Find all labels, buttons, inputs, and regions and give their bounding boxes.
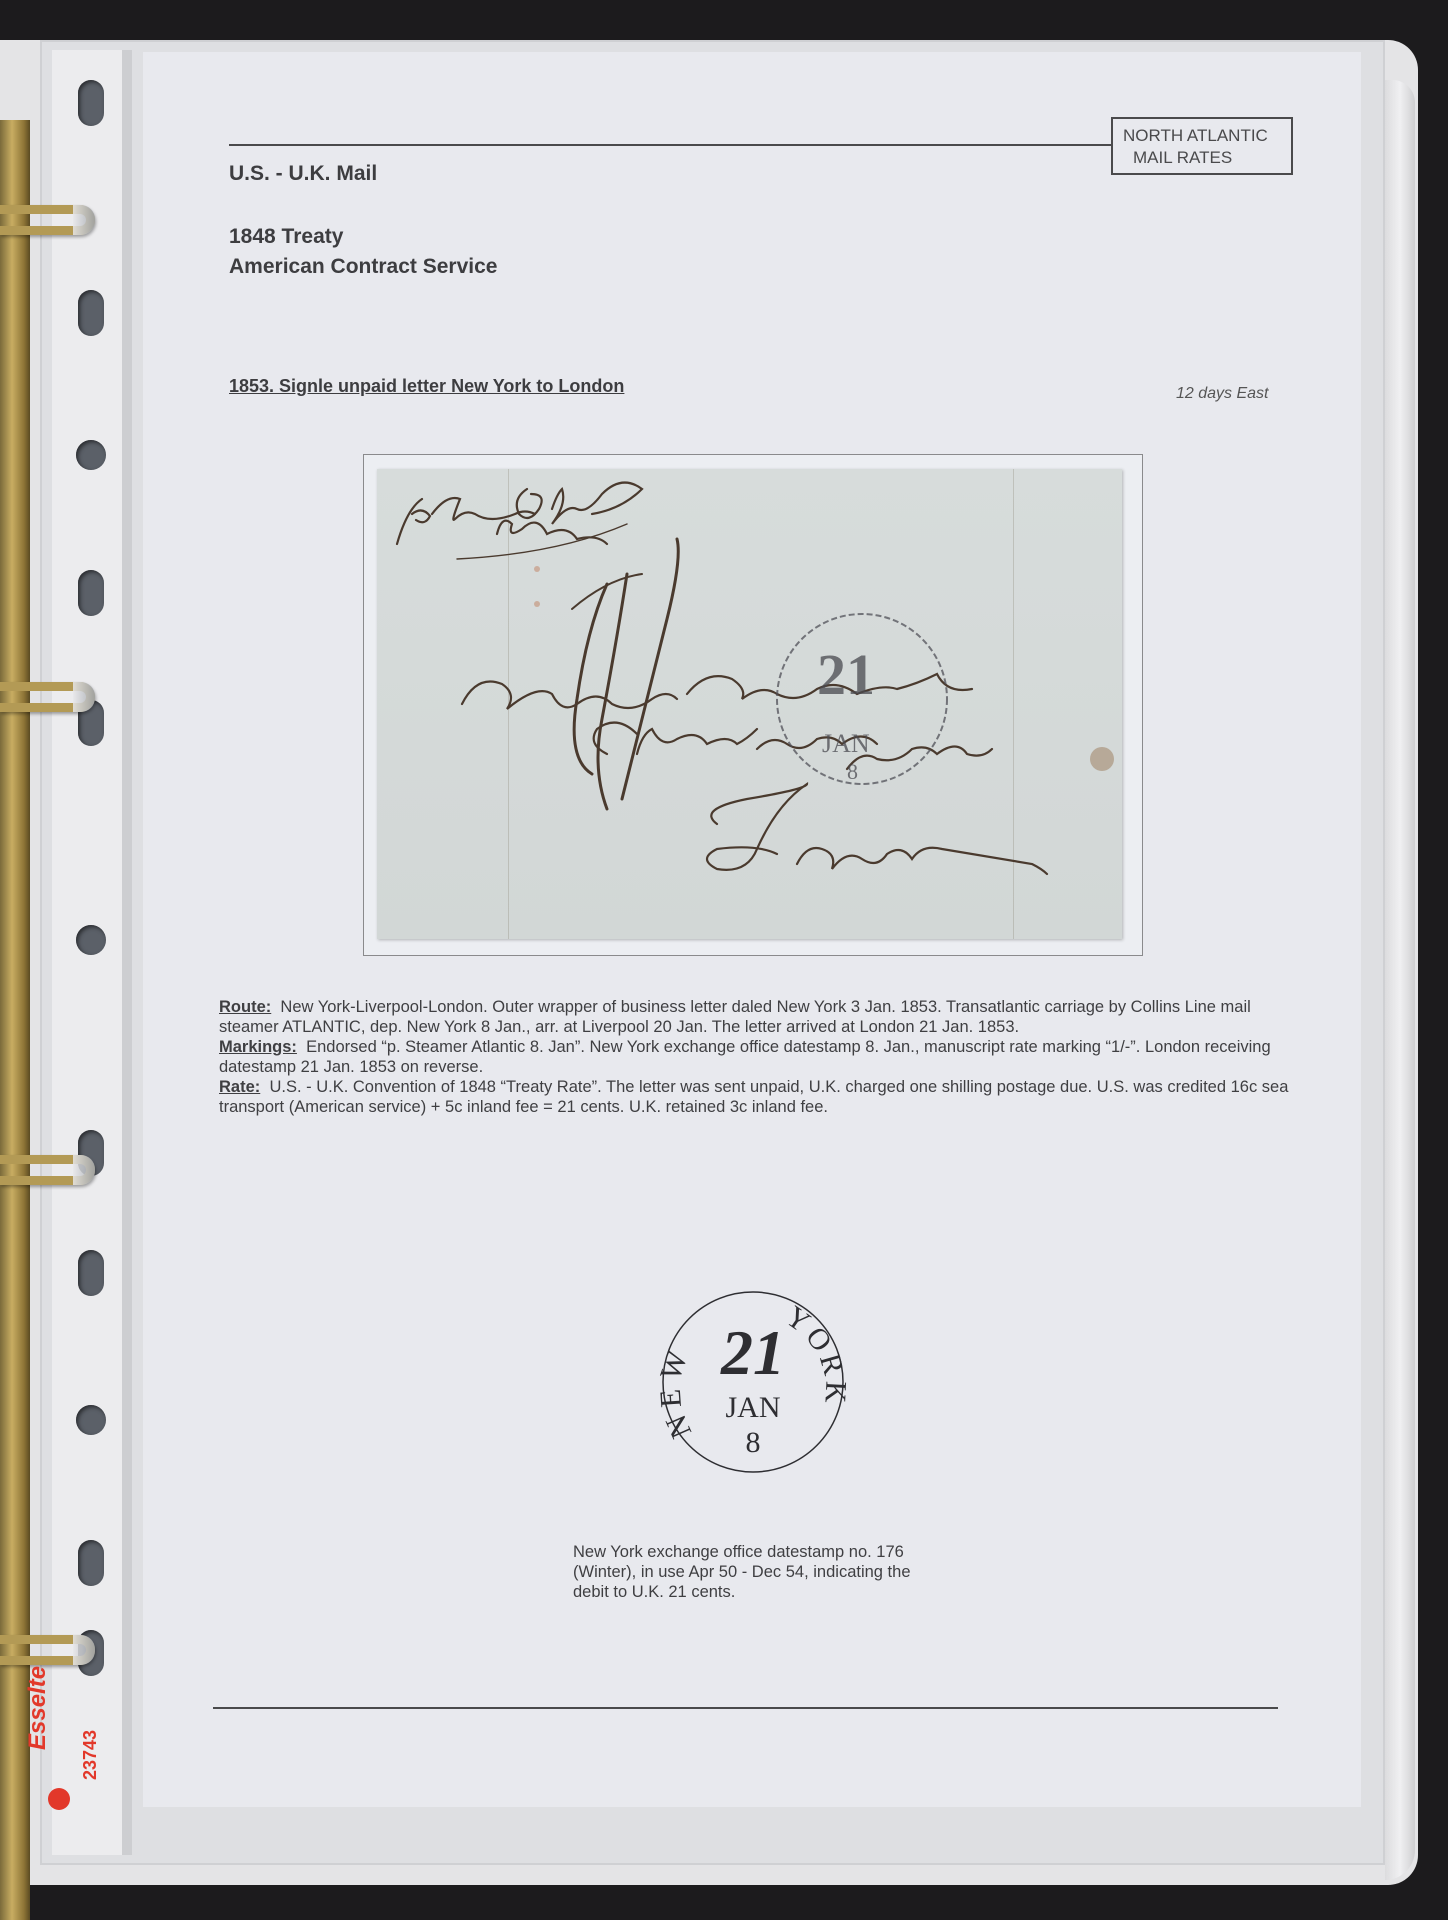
rate-text: U.S. - U.K. Convention of 1848 “Treaty R…: [219, 1078, 1288, 1116]
binder-ring: [0, 682, 95, 712]
postmark-right-text: YORK: [780, 1300, 853, 1408]
postmark-illustration: NEW YORK 21 JAN 8: [653, 1282, 853, 1487]
punch-hole: [76, 440, 106, 470]
description-block: Route: New York-Liverpool-London. Outer …: [219, 997, 1289, 1117]
item-title: 1853. Signle unpaid letter New York to L…: [229, 376, 624, 397]
postmark-value: 21: [720, 1317, 785, 1388]
postmark-month: JAN: [725, 1391, 780, 1424]
punch-hole: [78, 290, 104, 336]
rate-label: Rate:: [219, 1078, 260, 1096]
punch-hole: [78, 1250, 104, 1296]
letter-cover-image: 21 JAN 8: [377, 469, 1122, 939]
manuscript-markings: 21 JAN 8: [377, 469, 1122, 939]
product-code: 23743: [80, 1730, 101, 1780]
top-rule: [229, 144, 1111, 146]
binder-ring: [0, 205, 95, 235]
svg-text:8: 8: [847, 759, 858, 784]
svg-text:21: 21: [817, 642, 875, 707]
brand-name: Esselte: [24, 1666, 52, 1750]
svg-text:JAN: JAN: [822, 729, 870, 758]
markings-label: Markings:: [219, 1038, 297, 1056]
transit-duration: 12 days East: [1176, 385, 1269, 403]
brand-label: Esselte 23743: [44, 1680, 104, 1810]
subtitle-line-1: 1848 Treaty: [229, 222, 497, 252]
binder-ring: [0, 1155, 95, 1185]
binder-ring: [0, 1635, 95, 1665]
markings-paragraph: Markings: Endorsed “p. Steamer Atlantic …: [219, 1037, 1289, 1077]
route-label: Route:: [219, 998, 271, 1016]
tag-line-1: NORTH ATLANTIC: [1123, 125, 1291, 147]
route-text: New York-Liverpool-London. Outer wrapper…: [219, 998, 1251, 1036]
section-tag: NORTH ATLANTIC MAIL RATES: [1111, 117, 1293, 175]
subtitle-line-2: American Contract Service: [229, 252, 497, 282]
postmark-left-text: NEW: [653, 1341, 698, 1443]
page-title: U.S. - U.K. Mail: [229, 162, 377, 186]
cover-mount: 21 JAN 8: [363, 454, 1143, 956]
album-page: NORTH ATLANTIC MAIL RATES U.S. - U.K. Ma…: [143, 52, 1361, 1807]
bottom-rule: [213, 1707, 1278, 1709]
postmark-caption: New York exchange office datestamp no. 1…: [573, 1542, 933, 1602]
esselte-logo-icon: [48, 1788, 70, 1810]
binder-edge: [1385, 80, 1415, 1880]
punch-hole: [78, 570, 104, 616]
rate-paragraph: Rate: U.S. - U.K. Convention of 1848 “Tr…: [219, 1077, 1289, 1117]
punch-hole: [76, 925, 106, 955]
tag-line-2: MAIL RATES: [1123, 147, 1291, 169]
punch-hole: [78, 1540, 104, 1586]
svg-text:YORK: YORK: [780, 1300, 853, 1408]
page-subtitle: 1848 Treaty American Contract Service: [229, 222, 497, 282]
punch-hole: [78, 80, 104, 126]
markings-text: Endorsed “p. Steamer Atlantic 8. Jan”. N…: [219, 1038, 1271, 1076]
route-paragraph: Route: New York-Liverpool-London. Outer …: [219, 997, 1289, 1037]
svg-text:NEW: NEW: [653, 1341, 698, 1443]
postmark-day: 8: [746, 1426, 761, 1459]
punch-hole: [76, 1405, 106, 1435]
